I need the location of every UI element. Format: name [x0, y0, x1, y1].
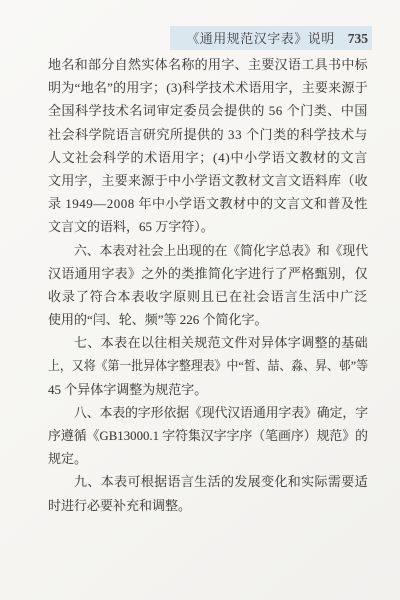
text-line-content: 上，又将《第一批异体字整理表》中“皙、喆、淼、昇、邨”等 — [48, 354, 368, 377]
text-line: 六、本表对社会上出现的在《简化字总表》和《现代 — [48, 239, 368, 262]
text-line-content: 规定。 — [48, 447, 87, 470]
text-line-content: 汉语通用字表》之外的类推简化字进行了严格甄别，仅 — [48, 262, 368, 285]
text-line: 45 个异体字调整为规范字。 — [48, 378, 368, 401]
text-line: 汉语通用字表》之外的类推简化字进行了严格甄别，仅 — [48, 262, 368, 285]
text-line-content: 序遵循《GB13000.1 字符集汉字字序（笔画序）规范》的 — [48, 424, 368, 447]
text-line-content: 明为“地名”的用字；(3)科学技术术语用字，主要来源于 — [48, 76, 368, 99]
text-line: 文用字，主要来源于中小学语文教材文言文语料库（收 — [48, 169, 368, 192]
text-line-content: 八、本表的字形依据《现代汉语通用字表》确定，字 — [74, 401, 368, 424]
text-line-content: 录 1949—2008 年中小学语文教材中的文言文和普及性 — [48, 192, 368, 215]
text-line-content: 全国科学技术名词审定委员会提供的 56 个门类、中国 — [48, 99, 368, 122]
text-line-content: 地名和部分自然实体名称的用字、主要汉语工具书中标 — [48, 53, 368, 76]
page-header-band: 《通用规范汉字表》说明 735 — [170, 26, 372, 50]
text-line: 收录了符合本表收字原则且已在社会语言生活中广泛 — [48, 285, 368, 308]
text-line: 使用的“闫、轮、频”等 226 个简化字。 — [48, 308, 368, 331]
body-text: 地名和部分自然实体名称的用字、主要汉语工具书中标明为“地名”的用字；(3)科学技… — [48, 53, 368, 517]
text-line: 序遵循《GB13000.1 字符集汉字字序（笔画序）规范》的 — [48, 424, 368, 447]
text-line-content: 使用的“闫、轮、频”等 226 个简化字。 — [48, 308, 268, 331]
text-line: 时进行必要补充和调整。 — [48, 494, 368, 517]
text-line-content: 时进行必要补充和调整。 — [48, 494, 191, 517]
text-line: 全国科学技术名词审定委员会提供的 56 个门类、中国 — [48, 99, 368, 122]
text-line: 地名和部分自然实体名称的用字、主要汉语工具书中标 — [48, 53, 368, 76]
text-line: 上，又将《第一批异体字整理表》中“皙、喆、淼、昇、邨”等 — [48, 354, 368, 377]
text-line: 录 1949—2008 年中小学语文教材中的文言文和普及性 — [48, 192, 368, 215]
text-line-content: 人文社会科学的术语用字；(4)中小学语文教材的文言 — [48, 146, 368, 169]
text-line: 文言文的语料，65 万字符）。 — [48, 215, 368, 238]
text-line: 社会科学院语言研究所提供的 33 个门类的科学技术与 — [48, 123, 368, 146]
text-line: 九、本表可根据语言生活的发展变化和实际需要适 — [48, 470, 368, 493]
text-line-content: 文用字，主要来源于中小学语文教材文言文语料库（收 — [48, 169, 368, 192]
text-line: 人文社会科学的术语用字；(4)中小学语文教材的文言 — [48, 146, 368, 169]
text-line-content: 七、本表在以往相关规范文件对异体字调整的基础 — [74, 331, 368, 354]
text-line: 八、本表的字形依据《现代汉语通用字表》确定，字 — [48, 401, 368, 424]
book-page: 《通用规范汉字表》说明 735 地名和部分自然实体名称的用字、主要汉语工具书中标… — [0, 0, 400, 600]
text-line-content: 九、本表可根据语言生活的发展变化和实际需要适 — [74, 470, 368, 493]
text-line-content: 六、本表对社会上出现的在《简化字总表》和《现代 — [74, 239, 368, 262]
running-title: 《通用规范汉字表》说明 — [186, 28, 335, 47]
page-header: 《通用规范汉字表》说明 735 — [170, 26, 372, 50]
text-line-content: 45 个异体字调整为规范字。 — [48, 378, 207, 401]
page-number: 735 — [348, 31, 368, 47]
text-line-content: 收录了符合本表收字原则且已在社会语言生活中广泛 — [48, 285, 368, 308]
text-line-content: 文言文的语料，65 万字符）。 — [48, 215, 214, 238]
text-line: 明为“地名”的用字；(3)科学技术术语用字，主要来源于 — [48, 76, 368, 99]
text-line: 七、本表在以往相关规范文件对异体字调整的基础 — [48, 331, 368, 354]
text-line-content: 社会科学院语言研究所提供的 33 个门类的科学技术与 — [48, 123, 368, 146]
text-line: 规定。 — [48, 447, 368, 470]
